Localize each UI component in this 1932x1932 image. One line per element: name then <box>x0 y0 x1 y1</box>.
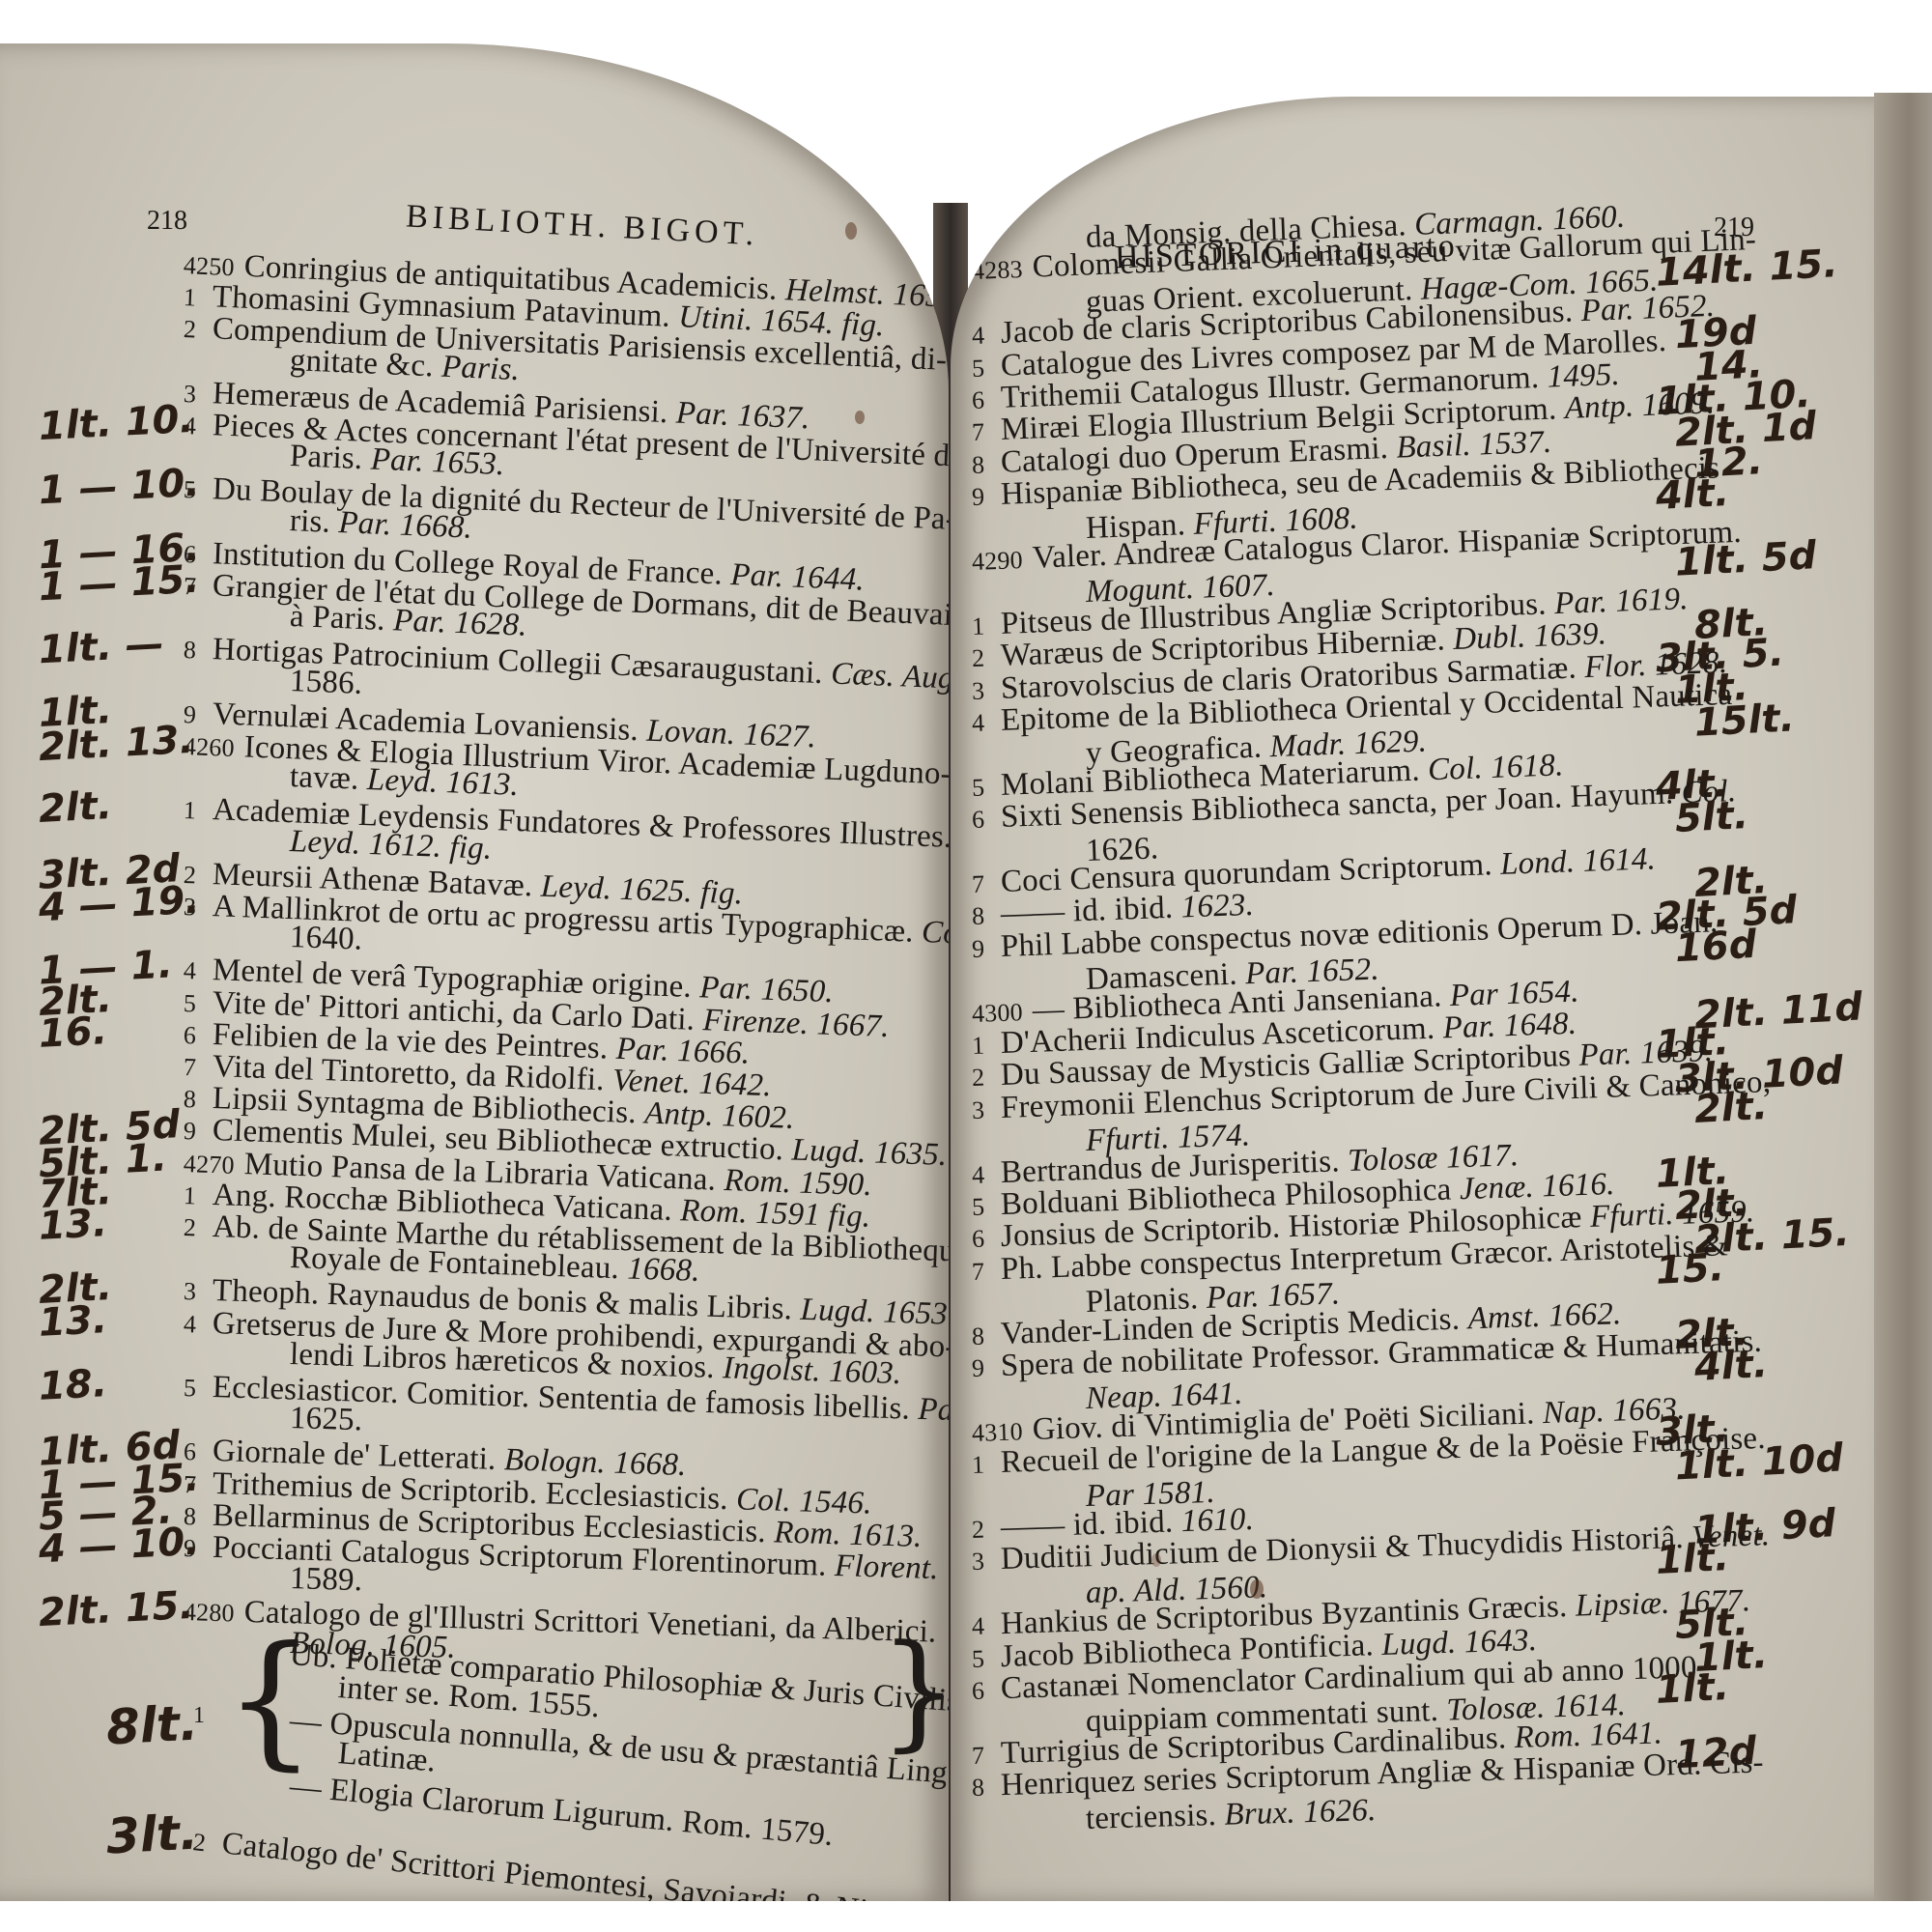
title-text: terciensis. <box>1085 1797 1225 1835</box>
handwritten-price: 2lt. <box>1693 1084 1769 1132</box>
handwritten-price: 16d <box>1674 923 1758 971</box>
imprint-text: Par. 1668. <box>338 505 473 546</box>
lot-number: 8 <box>972 902 992 932</box>
title-text: gnitate &c. <box>289 343 442 384</box>
lot-number: 2 <box>972 1064 992 1094</box>
lot-number: 6 <box>972 805 992 835</box>
lot-number: 1 <box>183 283 203 313</box>
handwritten-price: 5lt. <box>1674 793 1749 841</box>
lot-number: 5 <box>972 1644 992 1674</box>
imprint-text: Lond. 1614. <box>1500 841 1657 882</box>
imprint-text: 1668. <box>627 1252 700 1289</box>
left-page: 218 BIBLIOTH. BIGOT. 4250Conringius de a… <box>0 43 949 1901</box>
imprint-text: Florent. <box>835 1548 940 1586</box>
lot-number: 1 <box>183 796 203 826</box>
lot-number: 7 <box>972 1741 992 1771</box>
handwritten-price: 15lt. <box>1693 696 1796 745</box>
ink-spot <box>855 411 865 424</box>
catalogue-line: 2Catalogo de' Scrittori Piemontesi, Savo… <box>191 1823 949 1901</box>
lot-number: 8 <box>972 1774 992 1804</box>
lot-number: 5 <box>972 1192 992 1222</box>
running-head-left: BIBLIOTH. BIGOT. <box>405 198 759 253</box>
handwritten-price: 4lt. <box>1655 470 1730 519</box>
lot-number: 3 <box>972 1095 992 1125</box>
lot-number: 5 <box>183 989 203 1019</box>
catalogue-line: 1589. <box>289 1561 362 1599</box>
lot-number: 6 <box>972 1225 992 1255</box>
lot-number: 3 <box>183 1277 203 1307</box>
lot-number: 1 <box>972 1451 992 1481</box>
handwritten-price: 14lt. 15. <box>1655 241 1839 296</box>
title-text: Paris. <box>289 439 371 476</box>
handwritten-price: 4lt. <box>1693 1342 1769 1390</box>
lot-number: 4300 <box>972 998 1024 1029</box>
lot-number: 9 <box>972 1353 992 1383</box>
lot-number: 3 <box>972 1548 992 1577</box>
handwritten-price: 3lt. <box>105 1804 200 1865</box>
handwritten-price: 2lt. <box>38 783 113 832</box>
title-text: Catalogo de' Scrittori Piemontesi, Savoi… <box>220 1826 949 1901</box>
lot-number: 5 <box>183 1374 203 1404</box>
lot-number: 4 <box>972 1612 992 1642</box>
handwritten-price: 13. <box>38 1201 108 1249</box>
page-number-left: 218 <box>147 206 187 237</box>
bracket-item: Latinæ. <box>336 1736 437 1780</box>
imprint-text: Cæs. Aug. <box>831 657 949 696</box>
book-edge <box>1874 93 1932 1901</box>
lot-number: 1 <box>972 611 992 641</box>
handwritten-price: 13. <box>38 1297 108 1346</box>
right-page: 219 HISTORICI in quarto. da Monsig. dell… <box>951 97 1874 1901</box>
title-text: 1625. <box>289 1401 362 1437</box>
brace-left: { <box>224 1628 316 1773</box>
lot-number: 7 <box>972 1257 992 1287</box>
imprint-text: Par. 1653. <box>370 442 505 483</box>
title-text: 1586. <box>289 664 363 701</box>
lot-number: 2 <box>183 1213 203 1243</box>
lot-number: 1 <box>972 1031 992 1061</box>
lot-number: 3 <box>972 676 992 706</box>
lot-number: 4 <box>183 1310 203 1340</box>
imprint-text: Par. 1628. <box>392 603 527 642</box>
ink-spot <box>951 126 960 139</box>
brace-right: } <box>879 1628 949 1753</box>
lot-number: 6 <box>971 385 991 415</box>
lot-number: 8 <box>971 450 991 480</box>
lot-number: 4283 <box>971 255 1023 286</box>
handwritten-price: 4 — 19. <box>38 878 201 931</box>
lot-number: 5 <box>972 773 992 803</box>
lot-number: 9 <box>972 482 992 512</box>
lot-number: 4 <box>972 708 992 738</box>
lot-number: 9 <box>183 1117 203 1147</box>
lot-number: 6 <box>972 1676 992 1706</box>
imprint-text: Brux. 1626. <box>1224 1793 1377 1833</box>
handwritten-price: 8lt. <box>105 1695 200 1756</box>
imprint-text: Par. <box>918 1392 949 1429</box>
lot-number: 4310 <box>972 1417 1024 1448</box>
lot-number: 7 <box>971 418 991 448</box>
lot-number: 4 <box>183 956 203 986</box>
ink-spot <box>845 222 857 240</box>
catalogue-line: 7Coci Censura quorundam Scriptorum. Lond… <box>971 841 1656 901</box>
lot-number: 2 <box>183 315 203 345</box>
handwritten-price: 4 — 10. <box>38 1520 201 1573</box>
imprint-text: Par. 1619. <box>1553 582 1689 621</box>
handwritten-price: 1lt. <box>1655 1664 1730 1713</box>
lot-number: 4290 <box>972 546 1024 577</box>
lot-number: 1 <box>183 1181 203 1211</box>
handwritten-price: 2lt. 15. <box>38 1583 195 1635</box>
catalogue-line: 1640. <box>289 920 363 958</box>
lot-number: 7 <box>972 869 992 899</box>
lot-number: 4 <box>971 321 991 351</box>
imprint-text: Paris. <box>440 349 520 386</box>
lot-number: 6 <box>183 1021 203 1051</box>
imprint-text: Col. <box>922 915 949 952</box>
handwritten-price: 1lt. 5d <box>1674 533 1817 585</box>
imprint-text: Ingolst. 1603. <box>723 1350 902 1391</box>
handwritten-price: 1 — 15. <box>38 557 201 611</box>
imprint-text: 1623. <box>1180 888 1254 925</box>
lot-number: 4 <box>972 1160 992 1190</box>
lot-number: 8 <box>183 1085 203 1115</box>
lot-number: 5 <box>971 354 991 384</box>
handwritten-price: 1lt. 10. <box>38 397 195 449</box>
handwritten-price: 16. <box>38 1009 108 1057</box>
handwritten-price: 15. <box>1655 1245 1725 1293</box>
title-text: à Paris. <box>289 599 394 638</box>
ink-spot <box>1250 1579 1264 1599</box>
lot-number: 2 <box>972 643 992 673</box>
lot-number: 9 <box>972 934 992 964</box>
title-text: 1589. <box>289 1561 362 1598</box>
lot-number: 8 <box>972 1321 992 1351</box>
lot-number: 2 <box>972 1515 992 1545</box>
title-text: tavæ. <box>289 759 367 797</box>
open-book: 218 BIBLIOTH. BIGOT. 4250Conringius de a… <box>0 0 1932 1932</box>
catalogue-line: 1586. <box>289 664 363 702</box>
handwritten-price: 1lt. <box>1655 1535 1730 1583</box>
handwritten-price: 1 — 10. <box>38 461 201 514</box>
catalogue-line: 1625. <box>289 1401 362 1438</box>
handwritten-price: 2lt. 13. <box>38 718 195 770</box>
title-text: 1640. <box>289 920 363 957</box>
imprint-text: Leyd. 1612. fig. <box>289 824 493 867</box>
handwritten-price: 1lt. — <box>38 622 165 673</box>
title-text: ris. <box>289 503 339 540</box>
lot-number: 8 <box>183 636 203 666</box>
lot-number: 4270 <box>183 1150 235 1180</box>
imprint-text: Leyd. 1613. <box>366 762 519 803</box>
handwritten-price: 18. <box>38 1361 108 1409</box>
ink-spot <box>1151 1553 1161 1567</box>
handwritten-price: 1lt. 10d <box>1674 1436 1844 1490</box>
lot-number: 7 <box>183 1053 203 1083</box>
